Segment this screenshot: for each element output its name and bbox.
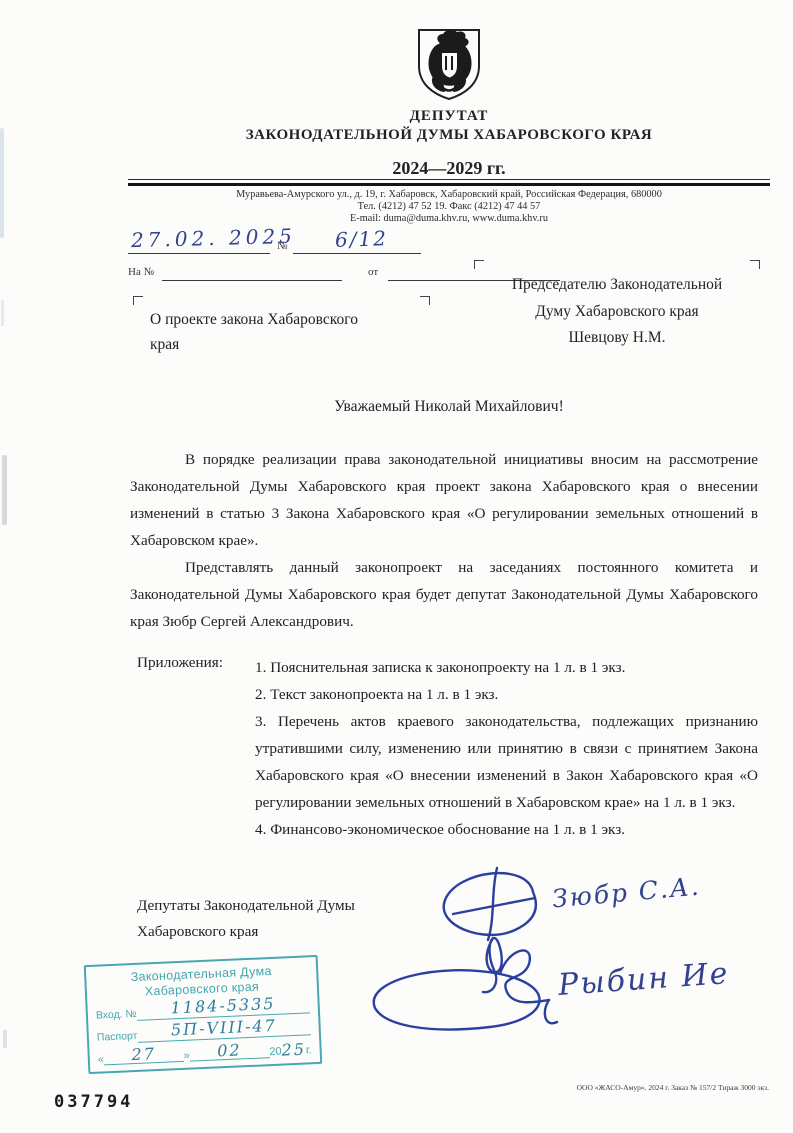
number-sign-label: №: [277, 240, 288, 252]
addressee-line: Шевцову Н.М.: [477, 325, 757, 352]
body-paragraph-1: В порядке реализации права законодательн…: [130, 446, 758, 554]
addressee-block: Председателю Законодательной Думу Хабаро…: [477, 272, 757, 352]
stamp-passport-label: Паспорт: [97, 1030, 138, 1045]
letterhead-address: Муравьева-Амурского ул., д. 19, г. Хабар…: [128, 189, 770, 201]
attachment-item: 2. Текст законопроекта на 1 л. в 1 экз.: [255, 681, 758, 708]
attachment-item: 4. Финансово-экономическое обоснование н…: [255, 816, 758, 843]
letterhead-email-web: E-mail: duma@duma.khv.ru, www.duma.khv.r…: [128, 213, 770, 225]
addressee-corner-right: [750, 260, 760, 269]
handwritten-date: 27.02. 2025: [131, 224, 296, 252]
attachments-list: 1. Пояснительная записка к законопроекту…: [255, 654, 758, 843]
scan-artifact: [3, 1030, 7, 1048]
letterhead-title: ДЕПУТАТ: [128, 108, 770, 125]
form-number: 037794: [54, 1092, 133, 1112]
reply-number-underline: [162, 279, 342, 281]
subject-line: О проекте закона Хабаровского: [150, 307, 440, 332]
subject-corner-left: [133, 296, 143, 305]
khabarovsk-krai-coat-of-arms-icon: [413, 26, 485, 102]
stamp-passport-number: 5П-VIII-47: [171, 1016, 278, 1040]
reply-to-label: На №: [128, 266, 154, 278]
letterhead: ДЕПУТАТ ЗАКОНОДАТЕЛЬНОЙ ДУМЫ ХАБАРОВСКОГ…: [128, 26, 770, 179]
stamp-year-prefix: 20: [269, 1046, 282, 1059]
subject-line: края: [150, 332, 440, 357]
handwritten-outgoing-number: 6/12: [335, 226, 389, 252]
body-paragraph-2: Представлять данный законопроект на засе…: [130, 554, 758, 635]
addressee-line: Председателю Законодательной: [477, 272, 757, 299]
date-underline: [128, 252, 270, 254]
addressee-line: Думу Хабаровского края: [477, 299, 757, 326]
scan-artifact: [0, 128, 4, 238]
stamp-date-month: 02: [217, 1040, 242, 1060]
reply-from-label: от: [368, 266, 378, 278]
stamp-date-year: 25: [281, 1042, 306, 1058]
letterhead-divider: [128, 179, 770, 186]
signature-flourishes: [345, 850, 765, 1060]
letterhead-contacts: Муравьева-Амурского ул., д. 19, г. Хабар…: [128, 189, 770, 225]
letterhead-phone-fax: Тел. (4212) 47 52 19. Факс (4212) 47 44 …: [128, 201, 770, 213]
number-underline: [293, 252, 421, 254]
print-shop-info: ООО «ЖАСО-Амур». 2024 г. Заказ № 157/2 Т…: [577, 1083, 769, 1092]
letterhead-subtitle: ЗАКОНОДАТЕЛЬНОЙ ДУМЫ ХАБАРОВСКОГО КРАЯ: [128, 127, 770, 144]
attachment-item: 1. Пояснительная записка к законопроекту…: [255, 654, 758, 681]
letterhead-term: 2024—2029 гг.: [128, 158, 770, 179]
subject-block: О проекте закона Хабаровского края: [150, 307, 440, 357]
stamp-year-suffix: г.: [306, 1044, 312, 1056]
subject-corner-right: [420, 296, 430, 305]
incoming-registration-stamp: Законодательная Дума Хабаровского края В…: [84, 955, 323, 1074]
stamp-date-day: 27: [131, 1044, 156, 1064]
addressee-corner-left: [474, 260, 484, 269]
letter-body: В порядке реализации права законодательн…: [130, 446, 758, 635]
scanned-letter-page: ДЕПУТАТ ЗАКОНОДАТЕЛЬНОЙ ДУМЫ ХАБАРОВСКОГ…: [0, 0, 793, 1133]
attachment-item: 3. Перечень актов краевого законодательс…: [255, 708, 758, 816]
stamp-incoming-number: 1184-5335: [170, 994, 276, 1018]
stamp-incoming-label: Вход. №: [96, 1008, 137, 1023]
scan-artifact: [1, 300, 4, 326]
salutation: Уважаемый Николай Михайлович!: [128, 398, 770, 416]
scan-artifact: [2, 455, 7, 525]
attachments-label: Приложения:: [137, 654, 223, 672]
